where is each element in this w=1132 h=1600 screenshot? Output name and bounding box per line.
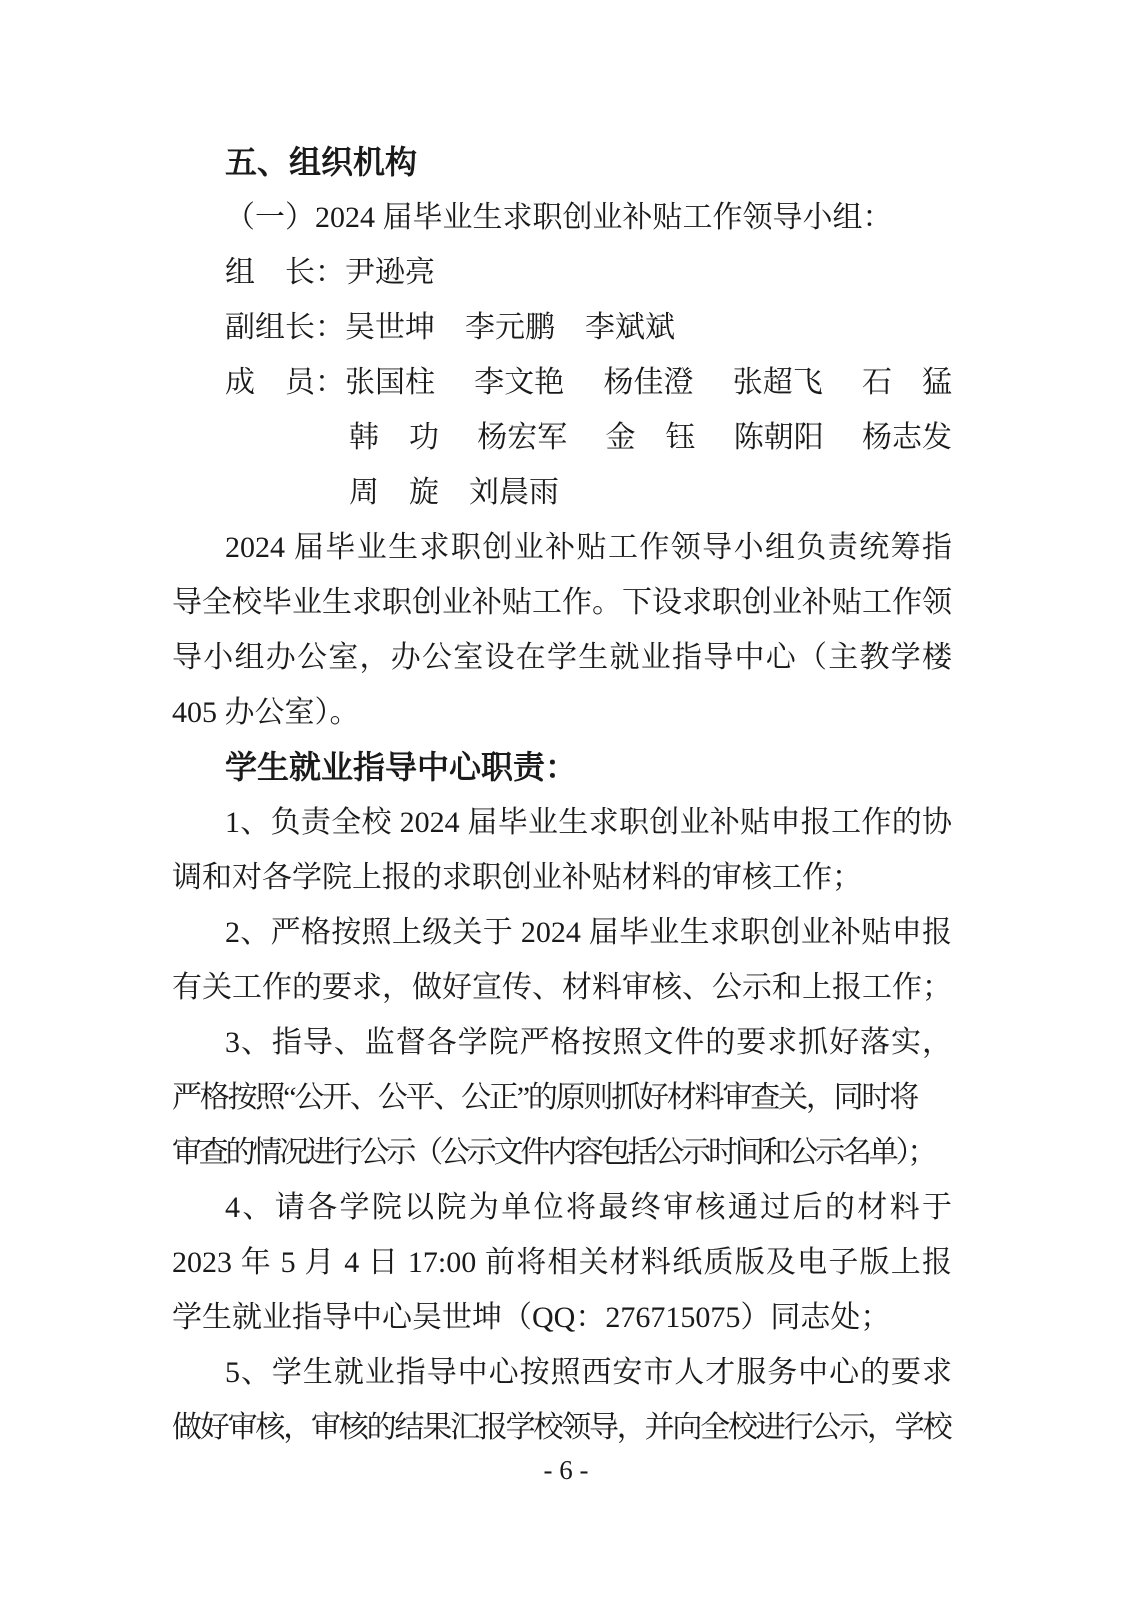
duty-3-line: 严格按照“公开、公平、公正”的原则抓好材料审查关，同时将 [172,1070,952,1125]
overview-line: 2024 届毕业生求职创业补贴工作领导小组负责统筹指 [172,520,952,575]
duty-1-line: 1、负责全校 2024 届毕业生求职创业补贴申报工作的协 [172,795,952,850]
duties-heading: 学生就业指导中心职责： [172,740,952,795]
document-page: 五、组织机构 （一）2024 届毕业生求职创业补贴工作领导小组： 组 长：尹逊亮… [0,0,1132,1600]
overview-line: 导全校毕业生求职创业补贴工作。下设求职创业补贴工作领 [172,575,952,630]
roster-leader-line: 组 长：尹逊亮 [172,245,952,300]
member-name: 李文艳 [474,355,564,410]
duty-3-line: 审查的情况进行公示（公示文件内容包括公示时间和公示名单）； [172,1125,952,1180]
subsection-heading: （一）2024 届毕业生求职创业补贴工作领导小组： [172,190,952,245]
member-name: 韩 功 [349,410,439,465]
document-body: 五、组织机构 （一）2024 届毕业生求职创业补贴工作领导小组： 组 长：尹逊亮… [172,135,952,1455]
duty-4-line: 2023 年 5 月 4 日 17:00 前将相关材料纸质版及电子版上报 [172,1235,952,1290]
member-name: 金 钰 [606,410,696,465]
duty-2-line: 有关工作的要求，做好宣传、材料审核、公示和上报工作； [172,960,952,1015]
duty-3-line: 3、指导、监督各学院严格按照文件的要求抓好落实， [172,1015,952,1070]
page-number: - 6 - [0,1448,1132,1493]
member-name: 张超飞 [733,355,823,410]
duty-1-line: 调和对各学院上报的求职创业补贴材料的审核工作； [172,850,952,905]
member-name: 杨宏军 [477,410,567,465]
overview-line: 导小组办公室，办公室设在学生就业指导中心（主教学楼 [172,630,952,685]
roster-members-row-2: 韩 功 杨宏军 金 钰 陈朝阳 杨志发 [172,410,952,465]
overview-line: 405 办公室）。 [172,685,952,740]
member-name: 陈朝阳 [734,410,824,465]
section-heading: 五、组织机构 [172,135,952,190]
duty-4-line: 学生就业指导中心吴世坤（QQ：276715075）同志处； [172,1290,952,1345]
duty-5-line: 做好审核，审核的结果汇报学校领导，并向全校进行公示，学校 [172,1400,952,1455]
duty-4-line: 4、请各学院以院为单位将最终审核通过后的材料于 [172,1180,952,1235]
roster-members-row-3: 周 旋 刘晨雨 [172,465,952,520]
roster-members-row-1: 成 员：张国柱 李文艳 杨佳澄 张超飞 石 猛 [172,355,952,410]
duty-2-line: 2、严格按照上级关于 2024 届毕业生求职创业补贴申报 [172,905,952,960]
member-name: 杨佳澄 [604,355,694,410]
member-name: 杨志发 [862,410,952,465]
roster-deputies-line: 副组长：吴世坤 李元鹏 李斌斌 [172,300,952,355]
member-name: 成 员：张国柱 [225,355,435,410]
member-name: 石 猛 [862,355,952,410]
duty-5-line: 5、学生就业指导中心按照西安市人才服务中心的要求 [172,1345,952,1400]
